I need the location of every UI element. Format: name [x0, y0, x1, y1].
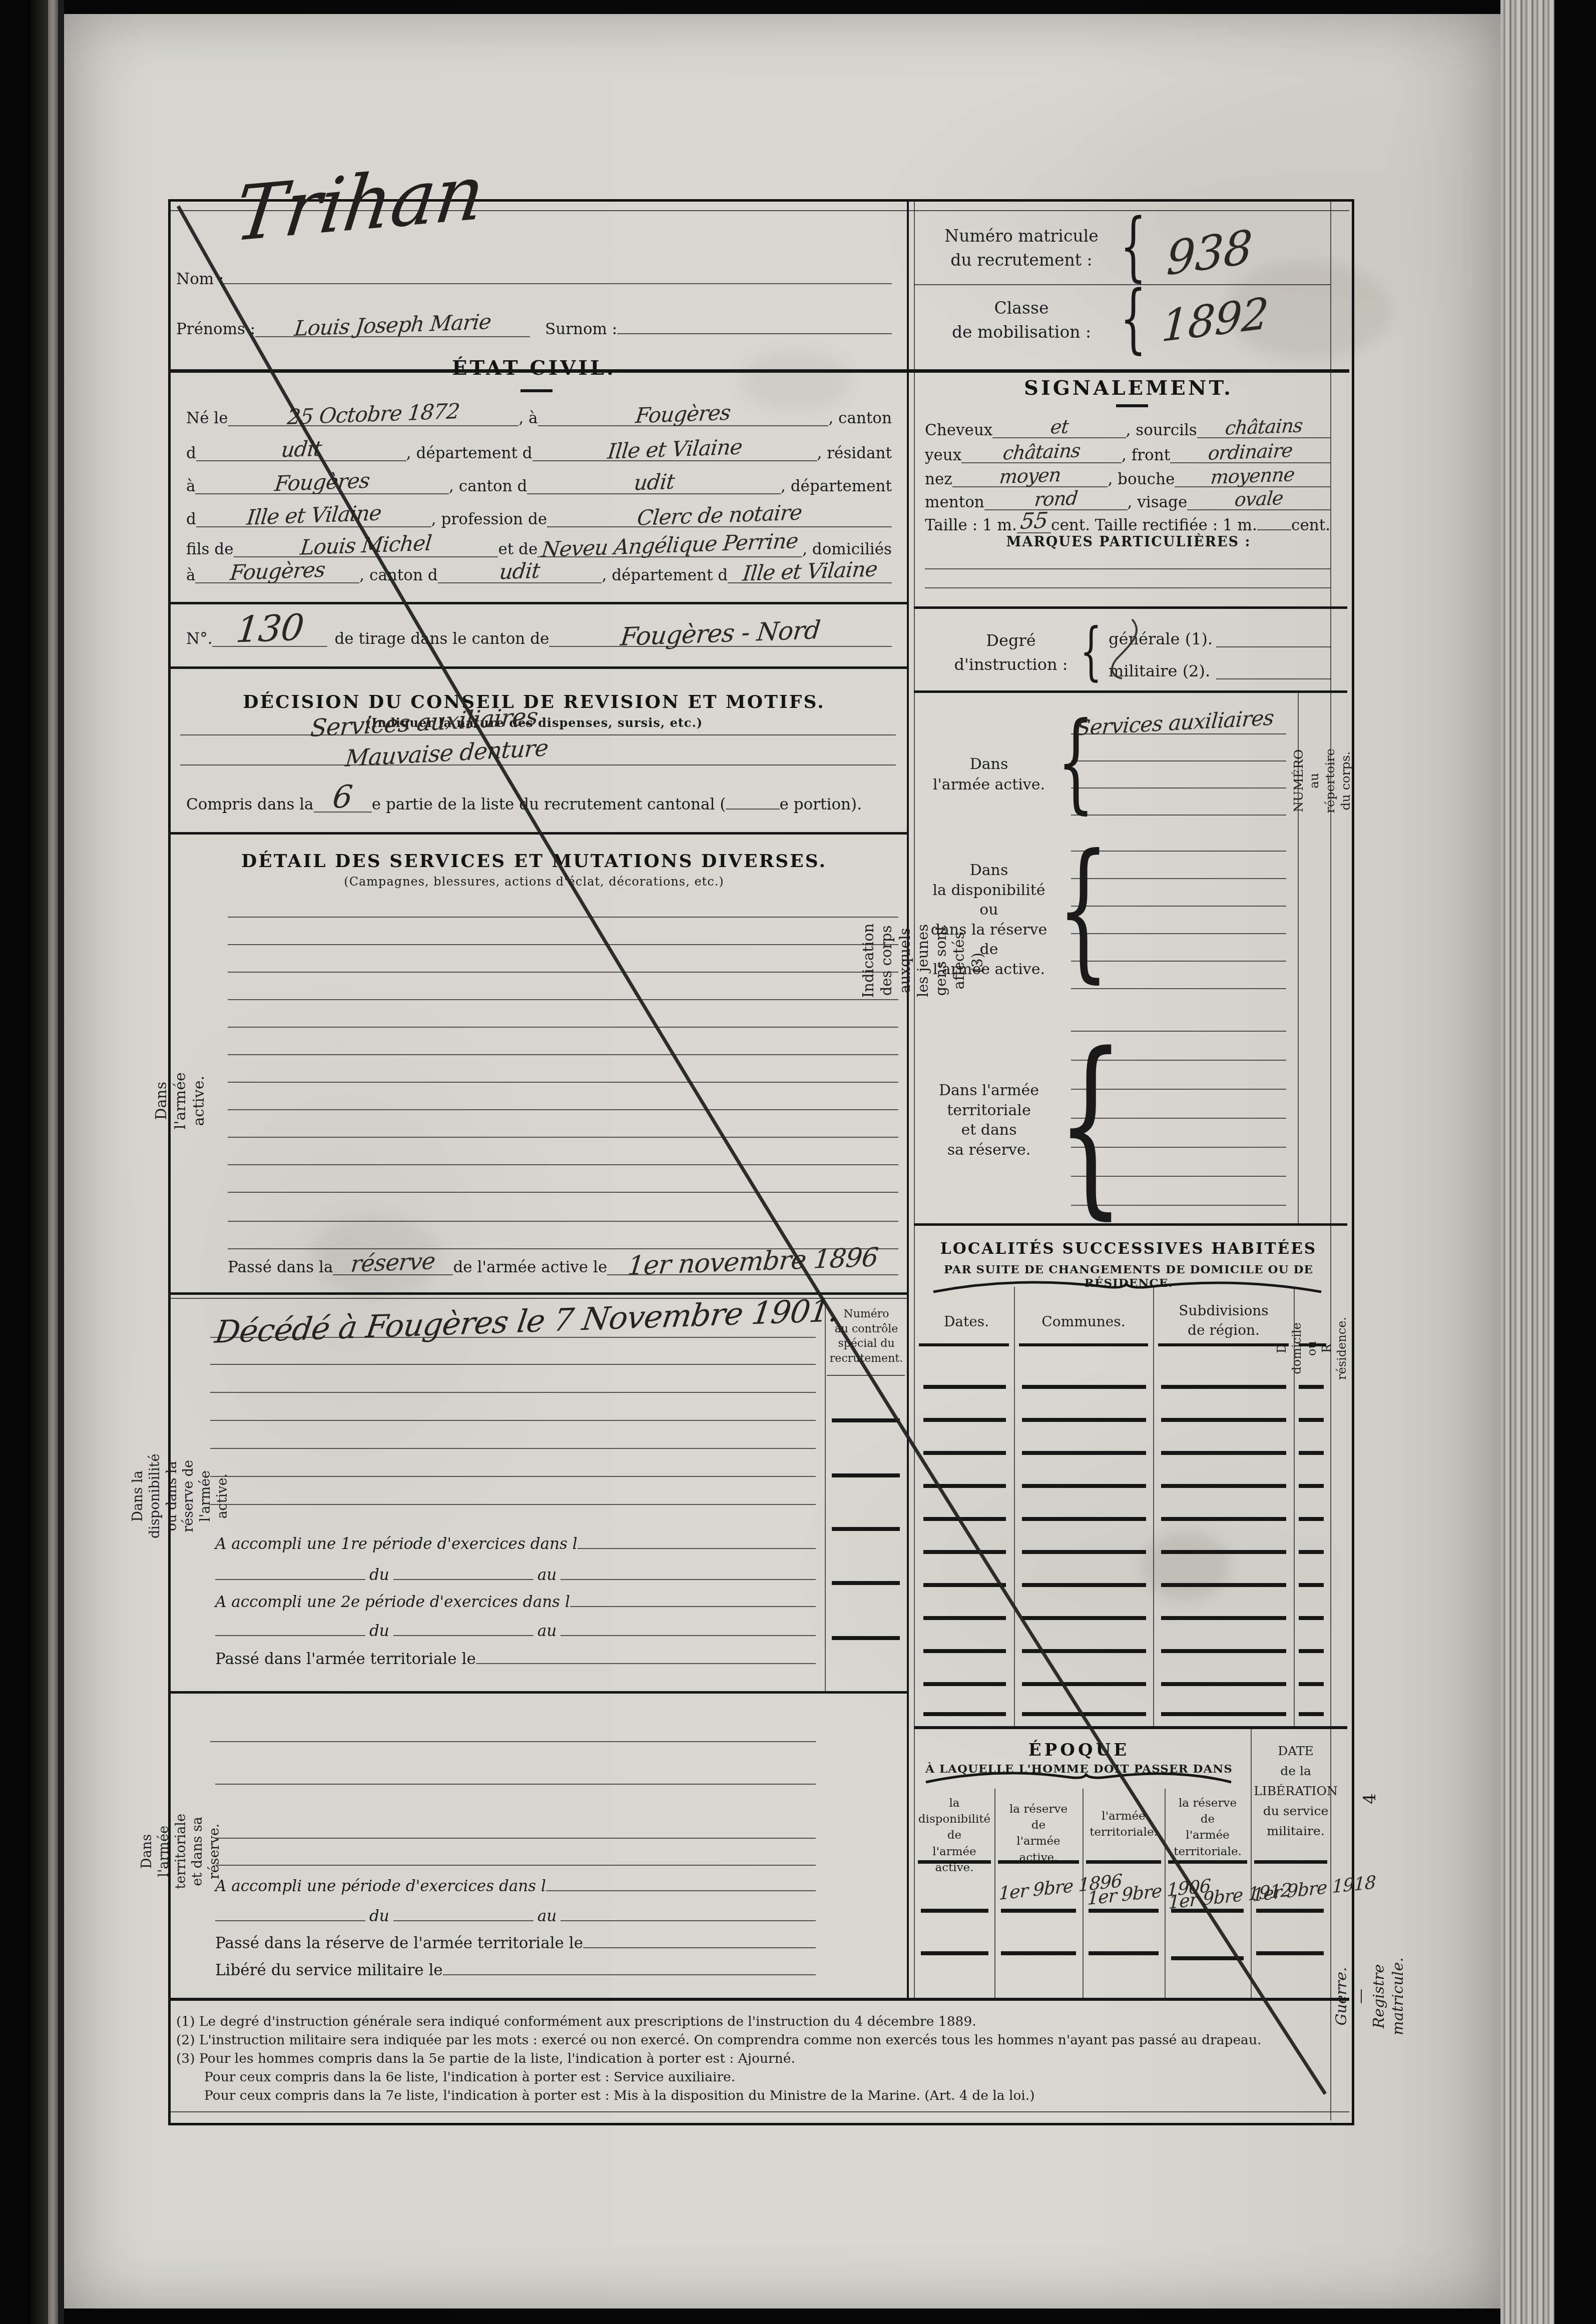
compris-label-a: Compris dans la — [186, 796, 314, 814]
localites-col-dr: D domicile ou R résidence. — [1294, 1288, 1329, 1408]
libere-line — [443, 1974, 816, 1975]
tirage-no-line: 130 — [212, 624, 327, 647]
loc-row — [1299, 1517, 1324, 1521]
corps-line — [1071, 1205, 1286, 1206]
gutter-crease — [58, 0, 64, 2324]
front-line: ordinaire — [1170, 450, 1330, 463]
et-de-label: et de — [498, 540, 538, 558]
sourcils-label: , sourcils — [1126, 421, 1197, 439]
visage-label: , visage — [1128, 493, 1188, 511]
service-line — [228, 1082, 898, 1083]
mere-line: Neveu Angélique Perrine — [538, 543, 802, 557]
services-subtitle: (Campagnes, blessures, actions d'éclat, … — [176, 875, 892, 889]
loc-row — [1299, 1484, 1324, 1488]
controle-line — [832, 1527, 900, 1531]
loc-row — [1299, 1712, 1324, 1716]
epoque-divider — [994, 1789, 995, 1999]
marques-line — [925, 587, 1330, 588]
terr-line — [210, 1741, 816, 1742]
prenoms-value: Louis Joseph Marie — [294, 318, 491, 333]
corps-line — [1071, 878, 1286, 879]
terr-line — [215, 1865, 816, 1866]
loc-row — [923, 1385, 1006, 1389]
loc-row — [1022, 1517, 1146, 1521]
epoque-row — [1256, 1951, 1324, 1955]
cheveux-label: Cheveux — [925, 421, 992, 439]
compris-label-c: e portion). — [780, 796, 862, 814]
taille-line: 55 — [1017, 519, 1051, 533]
epoque-col2-label: la réserve de l'armée active. — [997, 1801, 1080, 1866]
generale-line — [1216, 646, 1331, 647]
cheveux-line: et — [992, 425, 1126, 438]
nom-line — [224, 283, 892, 284]
compris-value: 6 — [332, 791, 353, 804]
footnote-5: Pour ceux compris dans la 7e liste, l'in… — [176, 2086, 1342, 2105]
localites-col-communes: Communes. — [1016, 1313, 1151, 1330]
nom-row: Nom : — [176, 270, 892, 288]
corps-line — [1071, 1031, 1286, 1032]
loc-row — [1022, 1583, 1146, 1587]
passe-value-1: réserve — [350, 1256, 435, 1268]
classe-brace: { — [1120, 281, 1146, 356]
matricule-label: Numéro matricule du recrutement : — [929, 224, 1114, 272]
controle-line — [832, 1636, 900, 1640]
periode1-row: A accompli une 1re période d'exercices d… — [215, 1535, 816, 1553]
services-title: DÉTAIL DES SERVICES ET MUTATIONS DIVERSE… — [176, 851, 892, 872]
periode1-line — [578, 1548, 816, 1549]
canton1-label: , canton — [828, 409, 892, 427]
a1-line: Fougères — [538, 412, 829, 426]
loc-row — [1161, 1484, 1286, 1488]
menton-label: menton — [925, 493, 984, 511]
service-line — [228, 972, 898, 973]
passe-line-1: réserve — [333, 1260, 453, 1275]
loc-row — [1161, 1682, 1286, 1686]
tirage-row: N°. 130 de tirage dans le canton de Foug… — [186, 624, 892, 648]
loc-row — [1022, 1385, 1146, 1389]
line — [393, 1920, 534, 1921]
loc-row — [923, 1583, 1006, 1587]
footnote-separator — [168, 1998, 1349, 2001]
du-label: du — [369, 1907, 389, 1925]
service-line — [228, 1054, 898, 1055]
bouche-label: , bouche — [1108, 470, 1175, 488]
generale-label: générale (1). — [1109, 629, 1213, 648]
passe-territoriale-line — [476, 1663, 816, 1664]
terr-periode-label: A accompli une période d'exercices dans … — [215, 1877, 546, 1895]
prenoms-row: Prénoms : Louis Joseph Marie Surnom : — [176, 320, 892, 338]
terr-line — [215, 1838, 816, 1839]
dep2-value: Ille et Vilaine — [246, 509, 381, 522]
loc-row — [1299, 1385, 1324, 1389]
controle-column-border — [825, 1301, 826, 1692]
loc-row — [923, 1616, 1006, 1620]
d1-line: udit — [196, 447, 406, 461]
sig-row-2: yeux châtains , front ordinaire — [925, 446, 1330, 464]
epoque-row — [921, 1909, 988, 1913]
prenoms-line: Louis Joseph Marie — [255, 323, 530, 337]
taille-value: 55 — [1020, 516, 1048, 526]
loc-row — [923, 1484, 1006, 1488]
localites-divider — [1294, 1287, 1295, 1726]
controle-line — [832, 1418, 900, 1422]
epoque-header-line — [1254, 1860, 1327, 1864]
degre-brace: { — [1080, 620, 1102, 683]
ec-line-3: à Fougères , canton d udit , département — [186, 477, 892, 495]
dep1-value: Ille et Vilaine — [607, 443, 742, 456]
signalement-title: SIGNALEMENT. — [921, 376, 1336, 400]
ne-le-value: 25 Octobre 1872 — [287, 407, 460, 422]
surnom-line — [617, 333, 892, 334]
corps-line — [1071, 1060, 1286, 1061]
controle-line — [832, 1473, 900, 1477]
nom-label: Nom : — [176, 270, 224, 288]
line — [561, 1920, 816, 1921]
epoque-row — [1171, 1956, 1244, 1960]
sig-row-taille: Taille : 1 m. 55 cent. Taille rectifiée … — [925, 516, 1330, 534]
footnote-1: (1) Le degré d'instruction générale sera… — [176, 2012, 1342, 2031]
dep3-line: Ille et Vilaine — [728, 569, 892, 583]
dep3-value: Ille et Vilaine — [742, 565, 877, 578]
front-value: ordinaire — [1208, 447, 1293, 457]
classe-label: Classe de mobilisation : — [929, 296, 1114, 344]
loc-row — [1299, 1682, 1324, 1686]
corps-line — [1071, 851, 1286, 852]
passe-label-a: Passé dans la — [228, 1258, 333, 1276]
loc-row — [1299, 1616, 1324, 1620]
epoque-col3-label: l'armée territoriale. — [1085, 1808, 1162, 1840]
localites-header-line — [1158, 1343, 1289, 1346]
corps-line — [1071, 1176, 1286, 1177]
loc-row — [1299, 1583, 1324, 1587]
corps-line — [1071, 988, 1286, 989]
corps-g1-label: Dans l'armée active. — [929, 754, 1049, 795]
loc-row — [1161, 1451, 1286, 1455]
visage-line: ovale — [1187, 497, 1330, 510]
nez-line: moyen — [952, 474, 1108, 487]
libere-label: Libéré du service militaire le — [215, 1961, 443, 1979]
tirage-canton-line: Fougères - Nord — [549, 630, 892, 647]
decision-line-2 — [180, 764, 896, 765]
a3-line: Fougères — [195, 569, 359, 583]
d1-value: udit — [281, 445, 322, 455]
loc-row — [1299, 1418, 1324, 1422]
localites-col-dates: Dates. — [919, 1313, 1014, 1330]
periode1-du-au: du au — [215, 1566, 816, 1584]
terr-du-au: du au — [215, 1907, 816, 1925]
service-line — [228, 1164, 898, 1165]
terr-passe-reserve-label: Passé dans la réserve de l'armée territo… — [215, 1934, 583, 1952]
etat-civil-title: ÉTAT CIVIL. — [176, 356, 892, 380]
loc-row — [1022, 1616, 1146, 1620]
menton-line: rond — [984, 497, 1128, 510]
pere-line: Louis Michel — [234, 543, 498, 557]
loc-row — [1161, 1712, 1286, 1716]
page-stack-edge — [1500, 0, 1554, 2324]
corps-line — [1071, 733, 1286, 734]
gutter-shadow — [30, 0, 48, 2324]
ne-le-label: Né le — [186, 409, 228, 427]
fils-label: fils de — [186, 540, 234, 558]
loc-row — [923, 1517, 1006, 1521]
numero-repertoire-label: NUMÉRO au répertoire du corps. — [1298, 698, 1346, 863]
section-line — [168, 832, 907, 835]
corps-g2-brace: { — [1057, 835, 1110, 985]
loc-row — [1299, 1649, 1324, 1653]
service-line — [228, 1192, 898, 1193]
corps-g3-label: Dans l'armée territoriale et dans sa rés… — [929, 1081, 1049, 1160]
passe-territoriale-label: Passé dans l'armée territoriale le — [215, 1650, 476, 1668]
line — [393, 1635, 534, 1636]
epoque-header-line — [1086, 1860, 1161, 1864]
territoriale-side-label: Dans l'armée territoriale et dans sa rés… — [163, 1721, 198, 1981]
right-background — [1554, 0, 1596, 2324]
line — [561, 1579, 816, 1580]
scanned-register-page: Nom : Trihan Prénoms : Louis Joseph Mari… — [0, 0, 1596, 2324]
tirage-no-label: N°. — [186, 630, 212, 648]
a3-value: Fougères — [230, 566, 325, 577]
epoque-row — [1001, 1909, 1076, 1913]
line — [393, 1579, 534, 1580]
periode2-du-au: du au — [215, 1622, 816, 1640]
mere-value: Neveu Angélique Perrine — [542, 537, 799, 554]
cheveux-value: et — [1050, 423, 1069, 431]
nez-label: nez — [925, 470, 952, 488]
loc-row — [1161, 1550, 1286, 1554]
service-line — [228, 944, 898, 945]
line — [215, 1920, 365, 1921]
au-label: au — [538, 1622, 557, 1640]
canton3-value: udit — [499, 567, 541, 577]
localites-bottom-line — [914, 1726, 1347, 1729]
yeux-label: yeux — [925, 446, 961, 464]
footnote-3: (3) Pour les hommes compris dans la 5e p… — [176, 2049, 1342, 2068]
yeux-line: châtains — [961, 450, 1122, 463]
loc-row — [1161, 1616, 1286, 1620]
nez-value: moyen — [999, 471, 1061, 481]
yeux-value: châtains — [1002, 447, 1081, 457]
sig-row-4: menton rond , visage ovale — [925, 493, 1330, 511]
loc-row — [1161, 1385, 1286, 1389]
loc-row — [1022, 1682, 1146, 1686]
militaire-label: militaire (2). — [1109, 661, 1210, 680]
localites-divider — [1153, 1287, 1154, 1726]
localites-col-subdivisions: Subdivisions de région. — [1155, 1301, 1292, 1340]
sig-row-1: Cheveux et , sourcils châtains — [925, 421, 1330, 439]
a1-label: , à — [518, 409, 538, 427]
passe-territoriale-row: Passé dans l'armée territoriale le — [215, 1650, 816, 1668]
prenoms-label: Prénoms : — [176, 320, 255, 338]
compris-row: Compris dans la 6 e partie de la liste d… — [186, 793, 862, 814]
bouche-line: moyenne — [1175, 474, 1330, 487]
epoque-row — [1089, 1951, 1159, 1955]
loc-row — [1161, 1583, 1286, 1587]
dep3-label: , département d — [602, 566, 728, 584]
loc-row — [1022, 1649, 1146, 1653]
loc-row — [1299, 1550, 1324, 1554]
periode2-line — [570, 1606, 816, 1607]
service-line — [228, 1027, 898, 1028]
dispo-line — [210, 1337, 816, 1338]
ec-line-4: d Ille et Vilaine , profession de Clerc … — [186, 510, 892, 528]
dep2-intro: , département — [781, 477, 892, 495]
taille-rect-line — [1257, 529, 1291, 530]
service-line — [228, 999, 898, 1000]
border-inner-bottom — [168, 2111, 1349, 2112]
profession-line: Clerc de notaire — [547, 513, 892, 527]
passe-line-2: 1er novembre 1896 — [607, 1259, 898, 1275]
taille-label-b: cent. Taille rectifiée : 1 m. — [1051, 516, 1257, 534]
service-line — [228, 917, 898, 918]
line — [215, 1579, 365, 1580]
epoque-col4-label: la réserve de l'armée territoriale. — [1167, 1795, 1248, 1860]
margin-page-number: 4 — [1352, 1781, 1387, 1816]
localites-title: LOCALITÉS SUCCESSIVES HABITÉES — [921, 1240, 1336, 1258]
loc-row — [923, 1649, 1006, 1653]
ec-line-6: à Fougères , canton d udit , département… — [186, 566, 892, 584]
corps-line — [1071, 961, 1286, 962]
du-label: du — [369, 1566, 389, 1584]
loc-row — [1022, 1550, 1146, 1554]
previous-page-edge — [48, 0, 58, 2324]
profession-label: , profession de — [431, 510, 547, 528]
marques-line — [925, 568, 1330, 569]
loc-row — [923, 1682, 1006, 1686]
passe-label-b: de l'armée active le — [453, 1258, 607, 1276]
epoque-header-line — [1168, 1860, 1247, 1864]
epoque-row — [1001, 1951, 1076, 1955]
section-line — [914, 690, 1347, 693]
line — [215, 1635, 365, 1636]
tirage-canton-value: Fougères - Nord — [621, 625, 821, 642]
dep2-line: Ille et Vilaine — [196, 513, 431, 527]
service-line — [228, 1109, 898, 1110]
localites-divider — [1014, 1287, 1015, 1726]
dispo-line — [210, 1504, 816, 1505]
loc-row — [1022, 1484, 1146, 1488]
canton2-label: , canton d — [449, 477, 527, 495]
loc-row — [1022, 1451, 1146, 1455]
controle-label-underline — [827, 1375, 905, 1376]
etat-civil-dash — [520, 389, 553, 392]
dispo-line — [210, 1420, 816, 1421]
footnote-4: Pour ceux compris dans la 6e liste, l'in… — [176, 2068, 1342, 2086]
terr-periode-row: A accompli une période d'exercices dans … — [215, 1877, 816, 1895]
tirage-no-value: 130 — [236, 620, 304, 637]
footnotes: (1) Le degré d'instruction générale sera… — [176, 2012, 1342, 2105]
loc-row — [1299, 1451, 1324, 1455]
visage-value: ovale — [1234, 494, 1283, 504]
terr-passe-reserve-line — [583, 1947, 816, 1948]
corps-line — [1071, 815, 1286, 816]
du-label: du — [369, 1622, 389, 1640]
canton2-value: udit — [634, 478, 675, 488]
loc-row — [923, 1550, 1006, 1554]
corps-line — [1071, 1147, 1286, 1148]
margin-caption: Guerre. — Registre matricule. — [1351, 1841, 1388, 2151]
loc-row — [923, 1712, 1006, 1716]
line — [561, 1635, 816, 1636]
compris-label-b: e partie de la liste du recrutement cant… — [372, 796, 726, 814]
loc-row — [1161, 1517, 1286, 1521]
passe-value-2: 1er novembre 1896 — [627, 1252, 878, 1271]
dispo-line — [210, 1448, 816, 1449]
periode1-label: A accompli une 1re période d'exercices d… — [215, 1535, 578, 1553]
ec-line-5: fils de Louis Michel et de Neveu Angéliq… — [186, 540, 892, 558]
corps-line — [1071, 1118, 1286, 1119]
loc-row — [923, 1418, 1006, 1422]
loc-row — [1161, 1649, 1286, 1653]
localites-header-line — [1299, 1343, 1326, 1346]
front-label: , front — [1122, 446, 1170, 464]
ne-le-line: 25 Octobre 1872 — [228, 412, 519, 426]
loc-row — [1022, 1712, 1146, 1716]
ec-line-2: d udit , département d Ille et Vilaine ,… — [186, 444, 892, 462]
epoque-header-line — [998, 1860, 1079, 1864]
controle-label: Numéro au contrôle spécial du recrutemen… — [829, 1307, 904, 1366]
dep1-line: Ille et Vilaine — [533, 447, 817, 461]
a2-value: Fougères — [274, 477, 370, 488]
localites-header-line — [1019, 1343, 1148, 1346]
periode2-label: A accompli une 2e période d'exercices da… — [215, 1593, 570, 1611]
epoque-subtitle: À LAQUELLE L'HOMME DOIT PASSER DANS — [919, 1762, 1239, 1776]
loc-row — [1022, 1418, 1146, 1422]
a3-label: à — [186, 566, 195, 584]
canton3-label: , canton d — [359, 566, 437, 584]
a2-label: à — [186, 477, 195, 495]
domicilies-label: , domiciliés — [802, 540, 892, 558]
surnom-label: Surnom : — [545, 320, 617, 338]
sourcils-value: châtains — [1225, 422, 1303, 432]
epoque-row — [1171, 1909, 1244, 1913]
corps-g3-brace: { — [1057, 1028, 1125, 1221]
corps-line — [1071, 788, 1286, 789]
epoque-divider — [1251, 1729, 1252, 1999]
signalement-dash — [1116, 404, 1148, 407]
ec-line-1: Né le 25 Octobre 1872 , à Fougères , can… — [186, 409, 892, 427]
au-label: au — [538, 1907, 557, 1925]
section-line — [914, 1223, 1347, 1226]
corps-line — [1071, 906, 1286, 907]
d2-label: d — [186, 510, 196, 528]
corps-line — [1071, 760, 1286, 761]
footnote-2: (2) L'instruction militaire sera indiqué… — [176, 2031, 1342, 2049]
epoque-header-line — [918, 1860, 991, 1864]
section-line — [168, 1691, 907, 1694]
bouche-value: moyenne — [1210, 471, 1295, 481]
active-army-side-label: Dans l'armée active. — [165, 916, 195, 1286]
dispo-line — [210, 1476, 816, 1477]
matricule-brace: { — [1120, 209, 1146, 284]
a1-value: Fougères — [635, 409, 731, 420]
degre-label: Degré d'instruction : — [946, 628, 1076, 676]
sig-row-3: nez moyen , bouche moyenne — [925, 470, 1330, 488]
dep1-label: , département d — [406, 444, 533, 462]
terr-passe-reserve-row: Passé dans la réserve de l'armée territo… — [215, 1934, 816, 1952]
epoque-row — [1089, 1909, 1159, 1913]
compris-line: 6 — [314, 793, 372, 813]
profession-value: Clerc de notaire — [637, 508, 802, 522]
section-line — [168, 602, 907, 604]
terr-periode-line — [546, 1890, 816, 1891]
sourcils-line: châtains — [1197, 425, 1330, 438]
militaire-line — [1216, 678, 1331, 679]
service-line — [228, 1137, 898, 1138]
marques-label: MARQUES PARTICULIÈRES : — [921, 534, 1336, 550]
section-line — [914, 606, 1347, 609]
terr-line — [215, 1784, 816, 1785]
localites-header-line — [919, 1343, 1009, 1346]
